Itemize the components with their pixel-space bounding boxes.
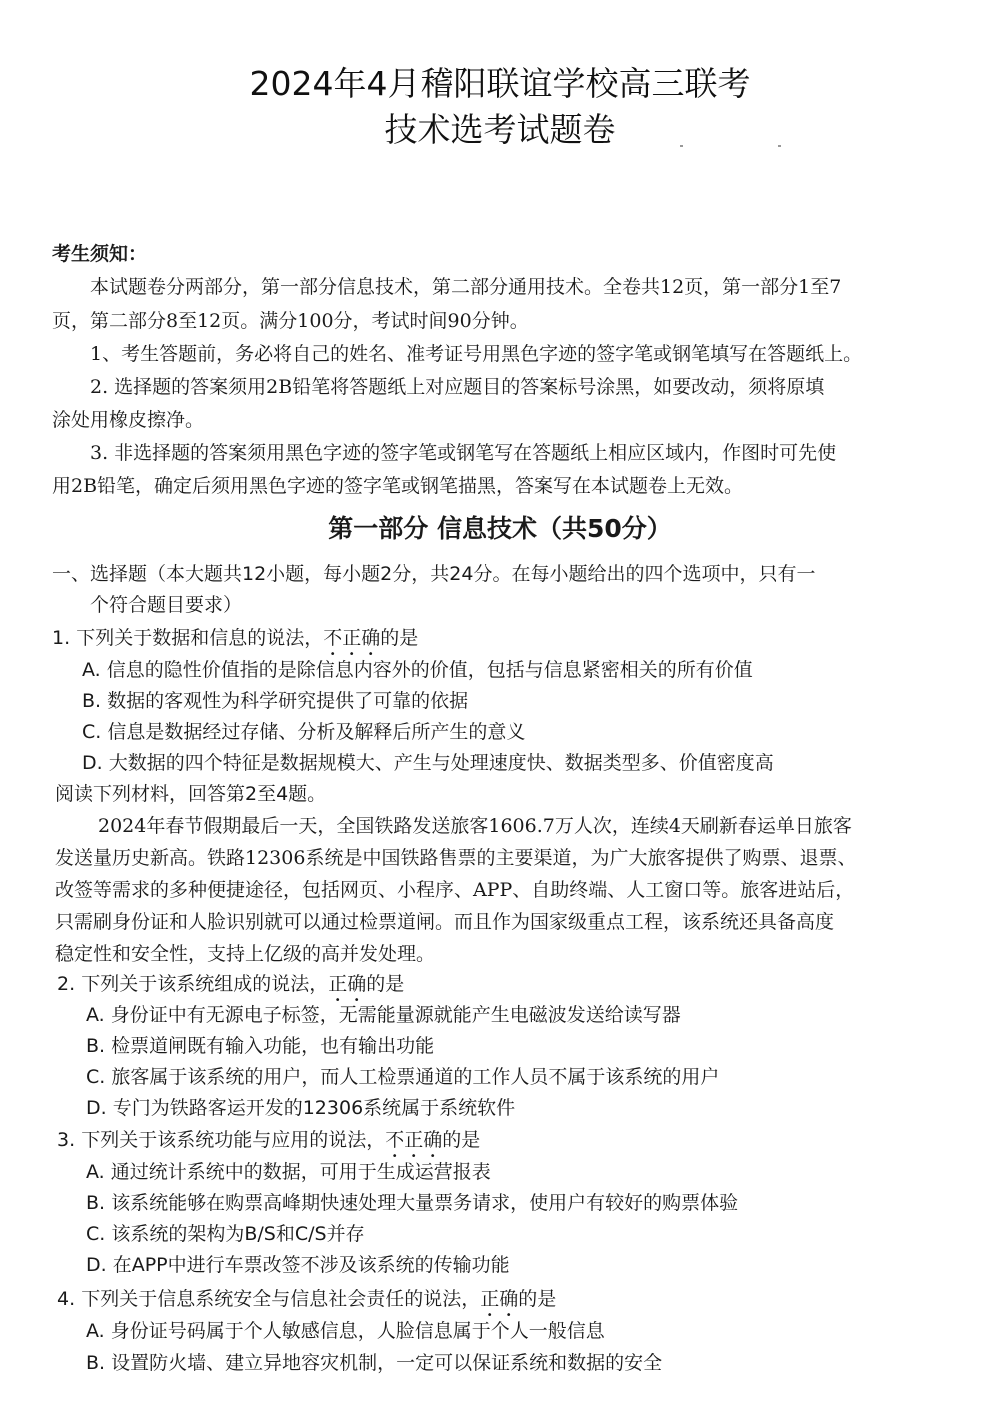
question-number: 3. — [57, 1129, 75, 1151]
exam-subtitle: 技术选考试题卷 — [0, 104, 1000, 151]
stem-text-end: 的是 — [380, 627, 418, 649]
stem-emphasis: 正确 — [328, 973, 366, 995]
material-line-5: 稳定性和安全性，支持上亿级的高并发处理。 — [55, 942, 435, 966]
section1-instructions-line1: 一、选择题（本大题共12小题，每小题2分，共24分。在每小题给出的四个选项中，只… — [52, 562, 815, 586]
question-1-option-b: B. 数据的客观性为科学研究提供了可靠的依据 — [82, 689, 468, 713]
question-2-option-b: B. 检票道闸既有输入功能，也有输出功能 — [86, 1034, 434, 1058]
stem-emphasis: 正确 — [480, 1288, 518, 1310]
question-2-stem: 2. 下列关于该系统组成的说法，正确的是 — [57, 972, 404, 1006]
question-3-option-a: A. 通过统计系统中的数据，可用于生成运营报表 — [86, 1160, 491, 1184]
question-2-option-d: D. 专门为铁路客运开发的12306系统属于系统软件 — [86, 1096, 515, 1120]
question-4-option-b: B. 设置防火墙、建立异地容灾机制，一定可以保证系统和数据的安全 — [86, 1351, 662, 1375]
question-1-option-a: A. 信息的隐性价值指的是除信息内容外的价值，包括与信息紧密相关的所有价值 — [82, 658, 753, 682]
notice-intro-line2: 页，第二部分8至12页。满分100分，考试时间90分钟。 — [52, 309, 529, 333]
stem-text: 下列关于该系统功能与应用的说法， — [81, 1129, 385, 1151]
stem-text-end: 的是 — [366, 973, 404, 995]
question-1-option-d: D. 大数据的四个特征是数据规模大、产生与处理速度快、数据类型多、价值密度高 — [82, 751, 774, 775]
material-lead: 阅读下列材料，回答第2至4题。 — [55, 782, 326, 806]
notice-item-3-line1: 3. 非选择题的答案须用黑色字迹的签字笔或钢笔写在答题纸上相应区域内，作图时可先… — [90, 441, 836, 465]
exam-title: 2024年4月稽阳联谊学校高三联考 — [0, 58, 1000, 105]
stem-text-end: 的是 — [442, 1129, 480, 1151]
question-3-option-c: C. 该系统的架构为B/S和C/S并存 — [86, 1222, 365, 1246]
stem-emphasis: 不正确 — [385, 1129, 442, 1151]
question-number: 1. — [52, 627, 70, 649]
question-2-option-a: A. 身份证中有无源电子标签，无需能量源就能产生电磁波发送给读写器 — [86, 1003, 681, 1027]
stem-text: 下列关于该系统组成的说法， — [81, 973, 328, 995]
question-number: 2. — [57, 973, 75, 995]
question-2-option-c: C. 旅客属于该系统的用户，而人工检票通道的工作人员不属于该系统的用户 — [86, 1065, 719, 1089]
notice-item-2-line1: 2. 选择题的答案须用2B铅笔将答题纸上对应题目的答案标号涂黑，如要改动，须将原… — [90, 375, 824, 399]
question-3-option-b: B. 该系统能够在购票高峰期快速处理大量票务请求，使用户有较好的购票体验 — [86, 1191, 738, 1215]
question-3-stem: 3. 下列关于该系统功能与应用的说法，不正确的是 — [57, 1128, 480, 1162]
notice-item-3-line2: 用2B铅笔，确定后须用黑色字迹的签字笔或钢笔描黑，答案写在本试题卷上无效。 — [52, 474, 743, 498]
section1-instructions-line2: 个符合题目要求） — [90, 593, 242, 617]
stem-text-end: 的是 — [518, 1288, 556, 1310]
question-1-stem: 1. 下列关于数据和信息的说法，不正确的是 — [52, 626, 418, 660]
material-line-3: 改签等需求的多种便捷途径，包括网页、小程序、APP、自助终端、人工窗口等。旅客进… — [55, 878, 854, 902]
notice-heading: 考生须知： — [52, 242, 147, 266]
notice-intro-line1: 本试题卷分两部分，第一部分信息技术，第二部分通用技术。全卷共12页，第一部分1至… — [90, 275, 841, 299]
question-4-stem: 4. 下列关于信息系统安全与信息社会责任的说法，正确的是 — [57, 1287, 556, 1321]
stem-emphasis: 不正确 — [323, 627, 380, 649]
question-number: 4. — [57, 1288, 75, 1310]
notice-item-2-line2: 涂处用橡皮擦净。 — [52, 408, 204, 432]
material-line-4: 只需刷身份证和人脸识别就可以通过检票道闸。而且作为国家级重点工程，该系统还具备高… — [55, 910, 834, 934]
stem-text: 下列关于数据和信息的说法， — [76, 627, 323, 649]
question-3-option-d: D. 在APP中进行车票改签不涉及该系统的传输功能 — [86, 1253, 510, 1277]
material-line-1: 2024年春节假期最后一天，全国铁路发送旅客1606.7万人次，连续4天刷新春运… — [98, 814, 852, 838]
question-4-option-a: A. 身份证号码属于个人敏感信息，人脸信息属于个人一般信息 — [86, 1319, 605, 1343]
question-1-option-c: C. 信息是数据经过存储、分析及解释后所产生的意义 — [82, 720, 525, 744]
part1-title: 第一部分 信息技术（共50分） — [0, 509, 1000, 545]
material-line-2: 发送量历史新高。铁路12306系统是中国铁路售票的主要渠道，为广大旅客提供了购票… — [55, 846, 856, 870]
scan-specks — [680, 145, 780, 149]
stem-text: 下列关于信息系统安全与信息社会责任的说法， — [81, 1288, 480, 1310]
notice-item-1: 1、考生答题前，务必将自己的姓名、准考证号用黑色字迹的签字笔或钢笔填写在答题纸上… — [90, 342, 862, 366]
